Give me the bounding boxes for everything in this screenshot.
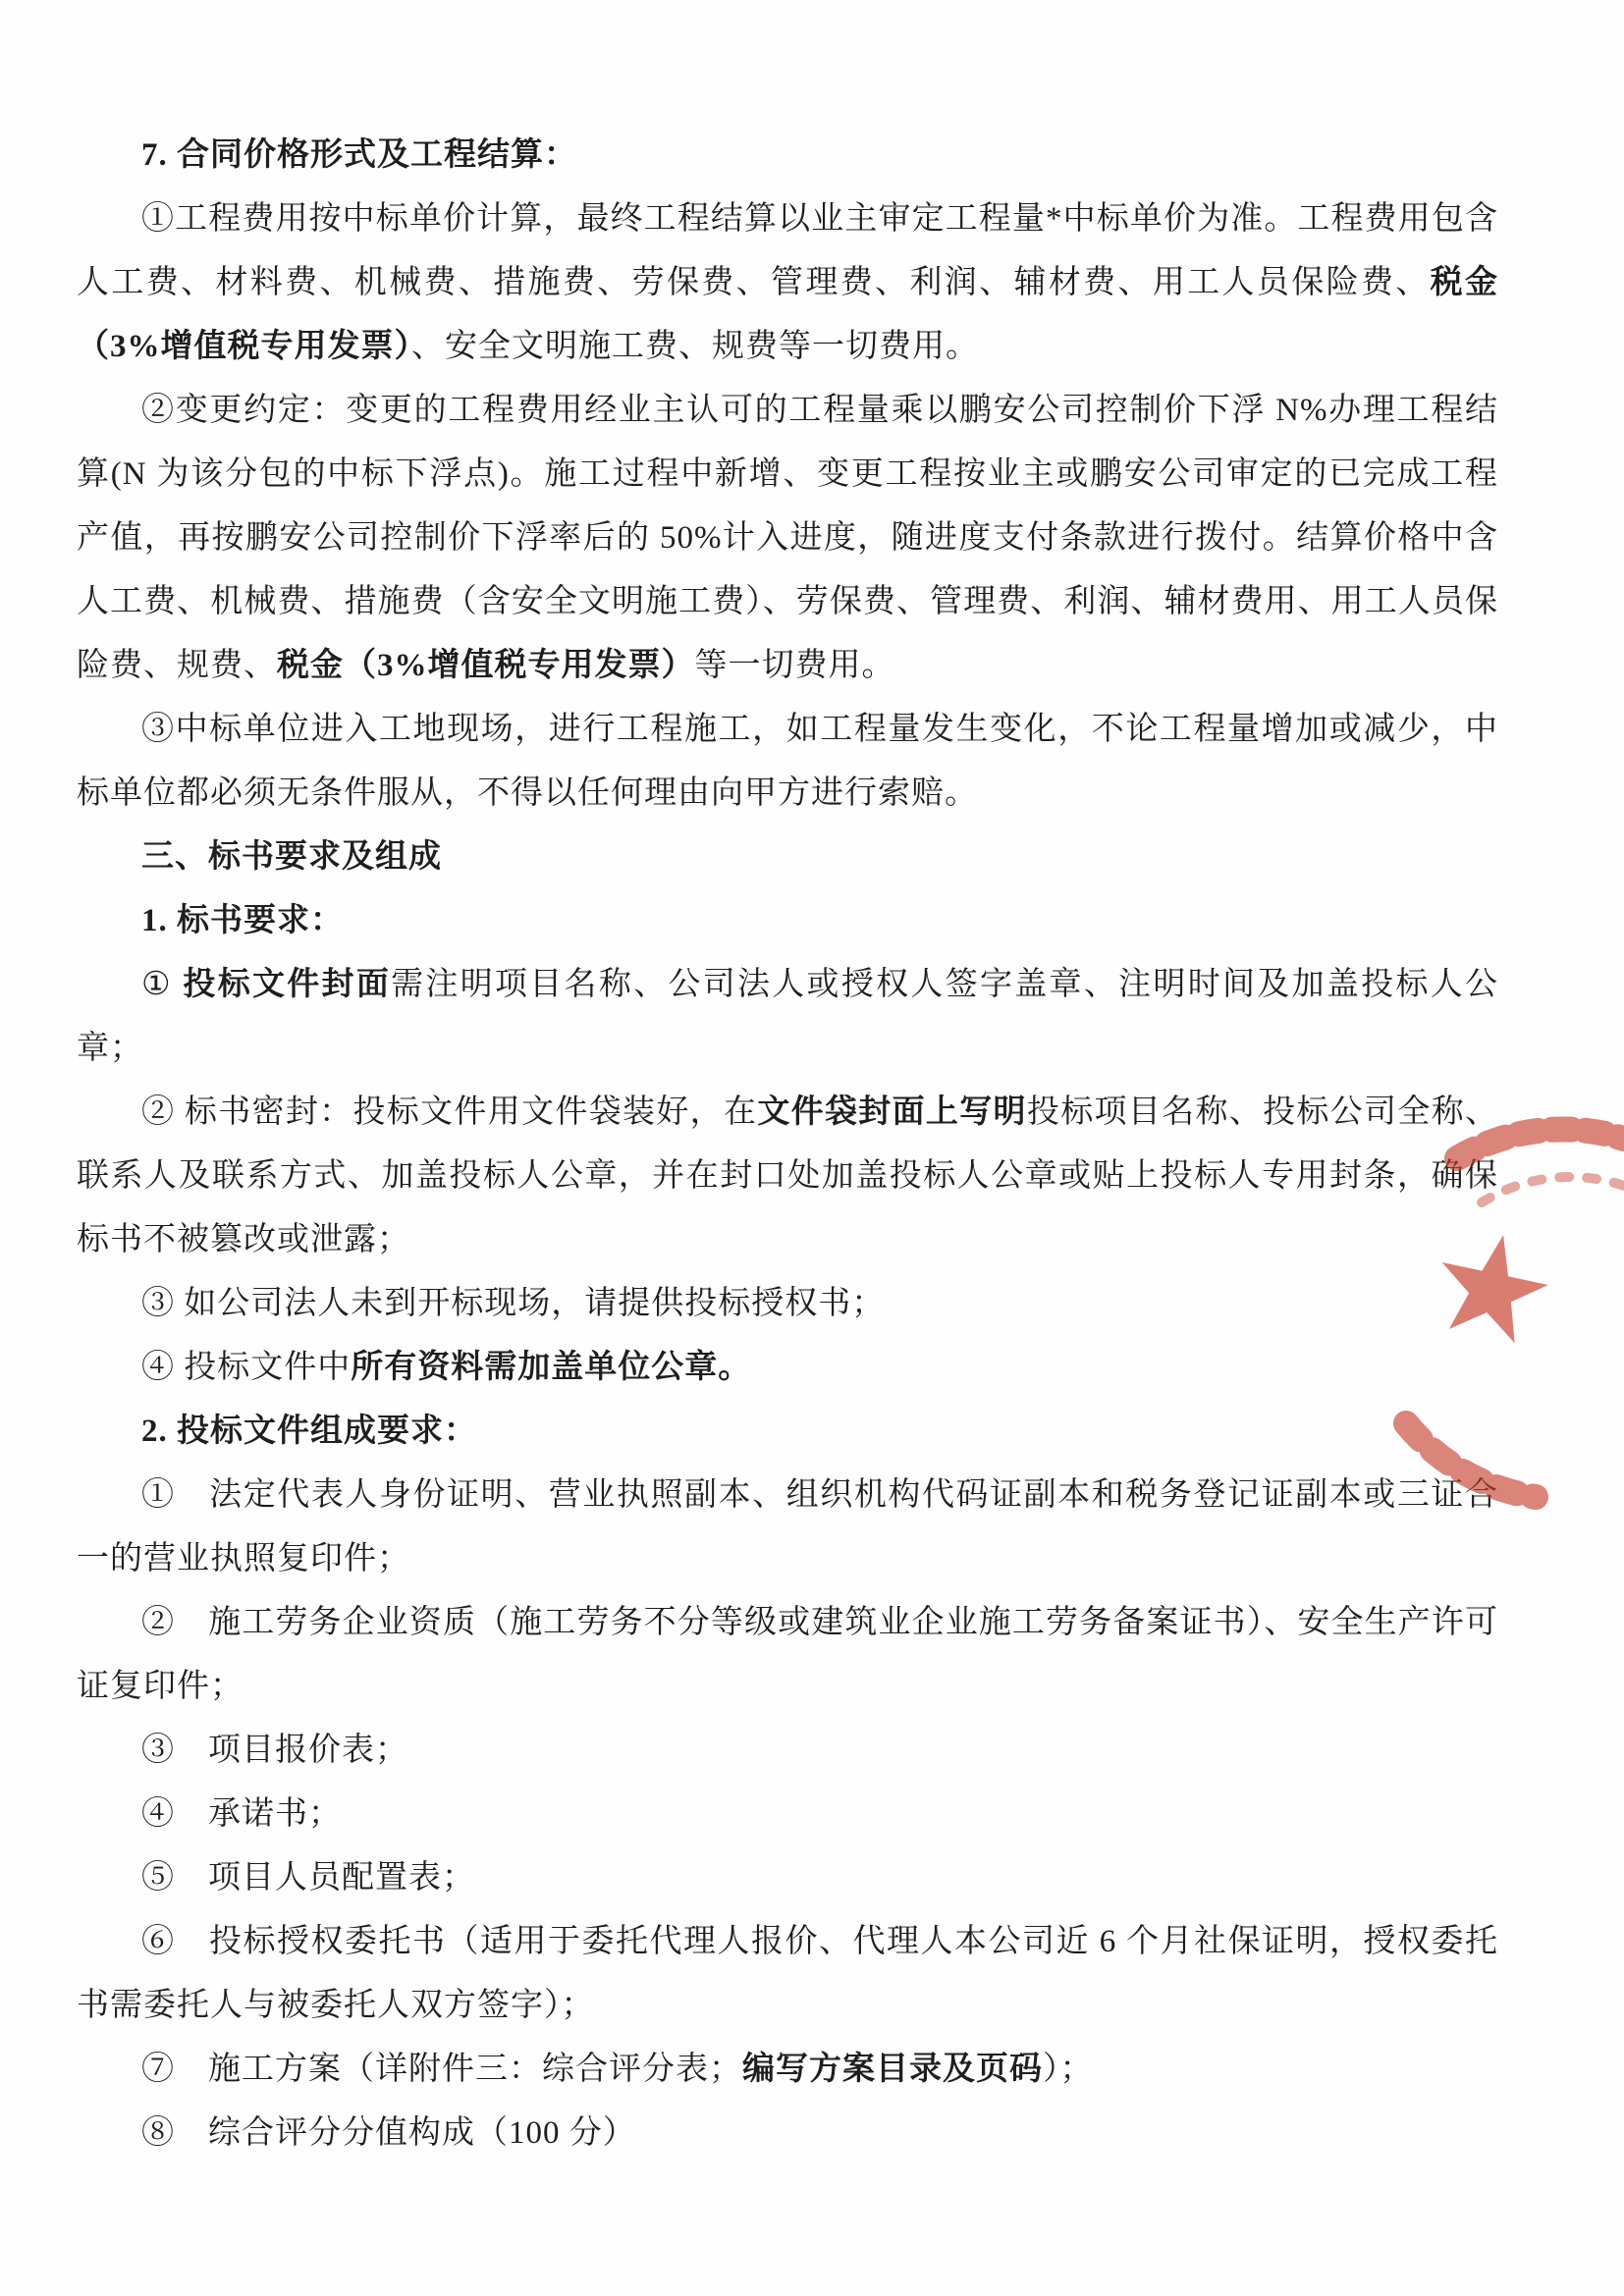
paragraph-change-agreement: ②变更约定：变更的工程费用经业主认可的工程量乘以鹏安公司控制价下浮 N%办理工程… [77,379,1498,698]
list-item-text-bold-cover: 投标文件封面 [183,967,391,1002]
list-item-text: ② 标书密封：投标文件用文件袋装好，在 [141,1095,757,1130]
list-item-personnel-table: ⑤ 项目人员配置表； [77,1846,1498,1910]
list-item-quotation-sheet: ③ 项目报价表； [77,1719,1498,1783]
document-page: 7. 合同价格形式及工程结算： ①工程费用按中标单价计算，最终工程结算以业主审定… [0,0,1624,2296]
document-body: 7. 合同价格形式及工程结算： ①工程费用按中标单价计算，最终工程结算以业主审定… [77,124,1498,2165]
list-item-labor-qualification: ② 施工劳务企业资质（施工劳务不分等级或建筑业企业施工劳务备案证书）、安全生产许… [77,1591,1498,1719]
list-item-text: ① [141,967,183,1002]
list-item-text-bold-catalog: 编写方案目录及页码 [742,2052,1043,2087]
list-item-score-composition: ⑧ 综合评分分值构成（100 分） [77,2102,1498,2165]
paragraph-text: 等一切费用。 [695,648,895,683]
paragraph-project-cost: ①工程费用按中标单价计算，最终工程结算以业主审定工程量*中标单价为准。工程费用包… [77,187,1498,379]
paragraph-text: 、安全文明施工费、规费等一切费用。 [411,329,979,364]
list-item-text: ④ 投标文件中 [141,1350,351,1385]
subheading-bid-composition: 2. 投标文件组成要求： [77,1400,1498,1464]
paragraph-text: ②变更约定：变更的工程费用经业主认可的工程量乘以鹏安公司控制价下浮 N%办理工程… [77,393,1498,683]
list-item-text-bold-seal: 所有资料需加盖单位公章。 [351,1350,751,1385]
subheading-bid-document-requirements: 1. 标书要求： [77,889,1498,953]
section-heading-contract-price: 7. 合同价格形式及工程结算： [77,124,1498,187]
paragraph-site-entry: ③中标单位进入工地现场，进行工程施工，如工程量发生变化，不论工程量增加或减少，中… [77,698,1498,826]
list-item-legal-representative-id: ① 法定代表人身份证明、营业执照副本、组织机构代码证副本和税务登记证副本或三证合… [77,1464,1498,1591]
list-item-text: ）； [1043,2052,1094,2087]
paragraph-text-bold-tax: 税金（3%增值税专用发票） [277,648,695,683]
list-item-construction-plan: ⑦ 施工方案（详附件三：综合评分表；编写方案目录及页码）； [77,2038,1498,2102]
list-item-bid-cover: ① 投标文件封面需注明项目名称、公司法人或授权人签字盖章、注明时间及加盖投标人公… [77,953,1498,1081]
list-item-text: ⑦ 施工方案（详附件三：综合评分表； [141,2052,742,2087]
paragraph-text: ①工程费用按中标单价计算，最终工程结算以业主审定工程量*中标单价为准。工程费用包… [77,201,1498,300]
list-item-text-bold-envelope: 文件袋封面上写明 [757,1095,1027,1130]
list-item-company-seal: ④ 投标文件中所有资料需加盖单位公章。 [77,1336,1498,1400]
list-item-commitment-letter: ④ 承诺书； [77,1783,1498,1846]
list-item-power-of-attorney: ⑥ 投标授权委托书（适用于委托代理人报价、代理人本公司近 6 个月社保证明，授权… [77,1910,1498,2038]
list-item-authorization-letter: ③ 如公司法人未到开标现场，请提供投标授权书； [77,1272,1498,1336]
list-item-bid-sealing: ② 标书密封：投标文件用文件袋装好，在文件袋封面上写明投标项目名称、投标公司全称… [77,1081,1498,1272]
section-heading-bid-requirements: 三、标书要求及组成 [77,826,1498,889]
